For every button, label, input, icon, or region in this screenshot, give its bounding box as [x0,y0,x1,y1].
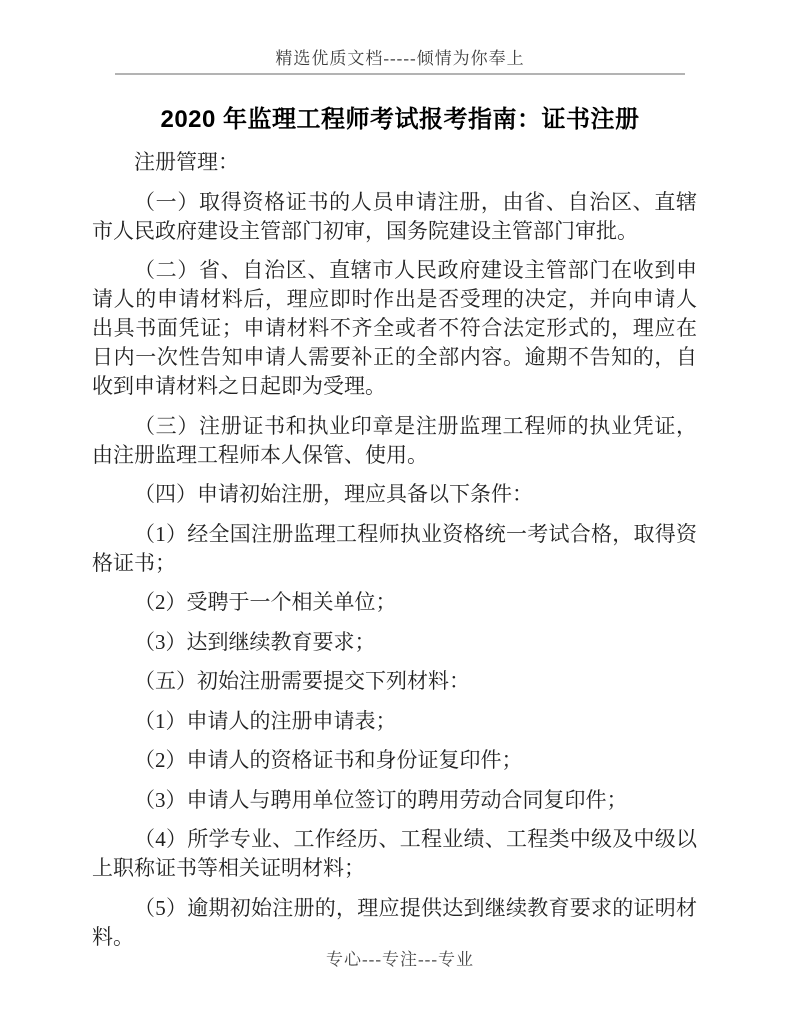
body-paragraph: （4）所学专业、工作经历、工程业绩、工程类中级及中级以上职称证书等相关证明材料； [92,825,697,883]
body-paragraph: （1）申请人的注册申请表； [92,707,697,736]
page-header: 精选优质文档-----倾情为你奉上 [0,44,800,69]
body-paragraph: （5）逾期初始注册的，理应提供达到继续教育要求的证明材料。 [92,894,697,952]
body-paragraph: （3）申请人与聘用单位签订的聘用劳动合同复印件； [92,786,697,815]
header-text: 精选优质文档-----倾情为你奉上 [275,49,524,68]
body-paragraph: （三）注册证书和执业印章是注册监理工程师的执业凭证，由注册监理工程师本人保管、使… [92,412,697,470]
body-paragraph: （1）经全国注册监理工程师执业资格统一考试合格，取得资格证书； [92,520,697,578]
page-footer: 专心---专注---专业 [0,945,800,970]
body-paragraph: （3）达到继续教育要求； [92,628,697,657]
header-divider [115,73,685,75]
document-body: 注册管理：（一）取得资格证书的人员申请注册，由省、自治区、直辖市人民政府建设主管… [92,148,697,962]
body-paragraph: （一）取得资格证书的人员申请注册，由省、自治区、直辖市人民政府建设主管部门初审，… [92,188,697,246]
footer-text: 专心---专注---专业 [326,950,474,969]
body-paragraph: （2）申请人的资格证书和身份证复印件； [92,746,697,775]
body-paragraph: （五）初始注册需要提交下列材料： [92,667,697,696]
document-page: 精选优质文档-----倾情为你奉上 2020 年监理工程师考试报考指南：证书注册… [0,0,800,1035]
document-title: 2020 年监理工程师考试报考指南：证书注册 [0,99,800,134]
body-paragraph: （二）省、自治区、直辖市人民政府建设主管部门在收到申请人的申请材料后，理应即时作… [92,256,697,401]
body-paragraph: （2）受聘于一个相关单位； [92,588,697,617]
body-paragraph: 注册管理： [92,148,697,177]
body-paragraph: （四）申请初始注册，理应具备以下条件： [92,480,697,509]
